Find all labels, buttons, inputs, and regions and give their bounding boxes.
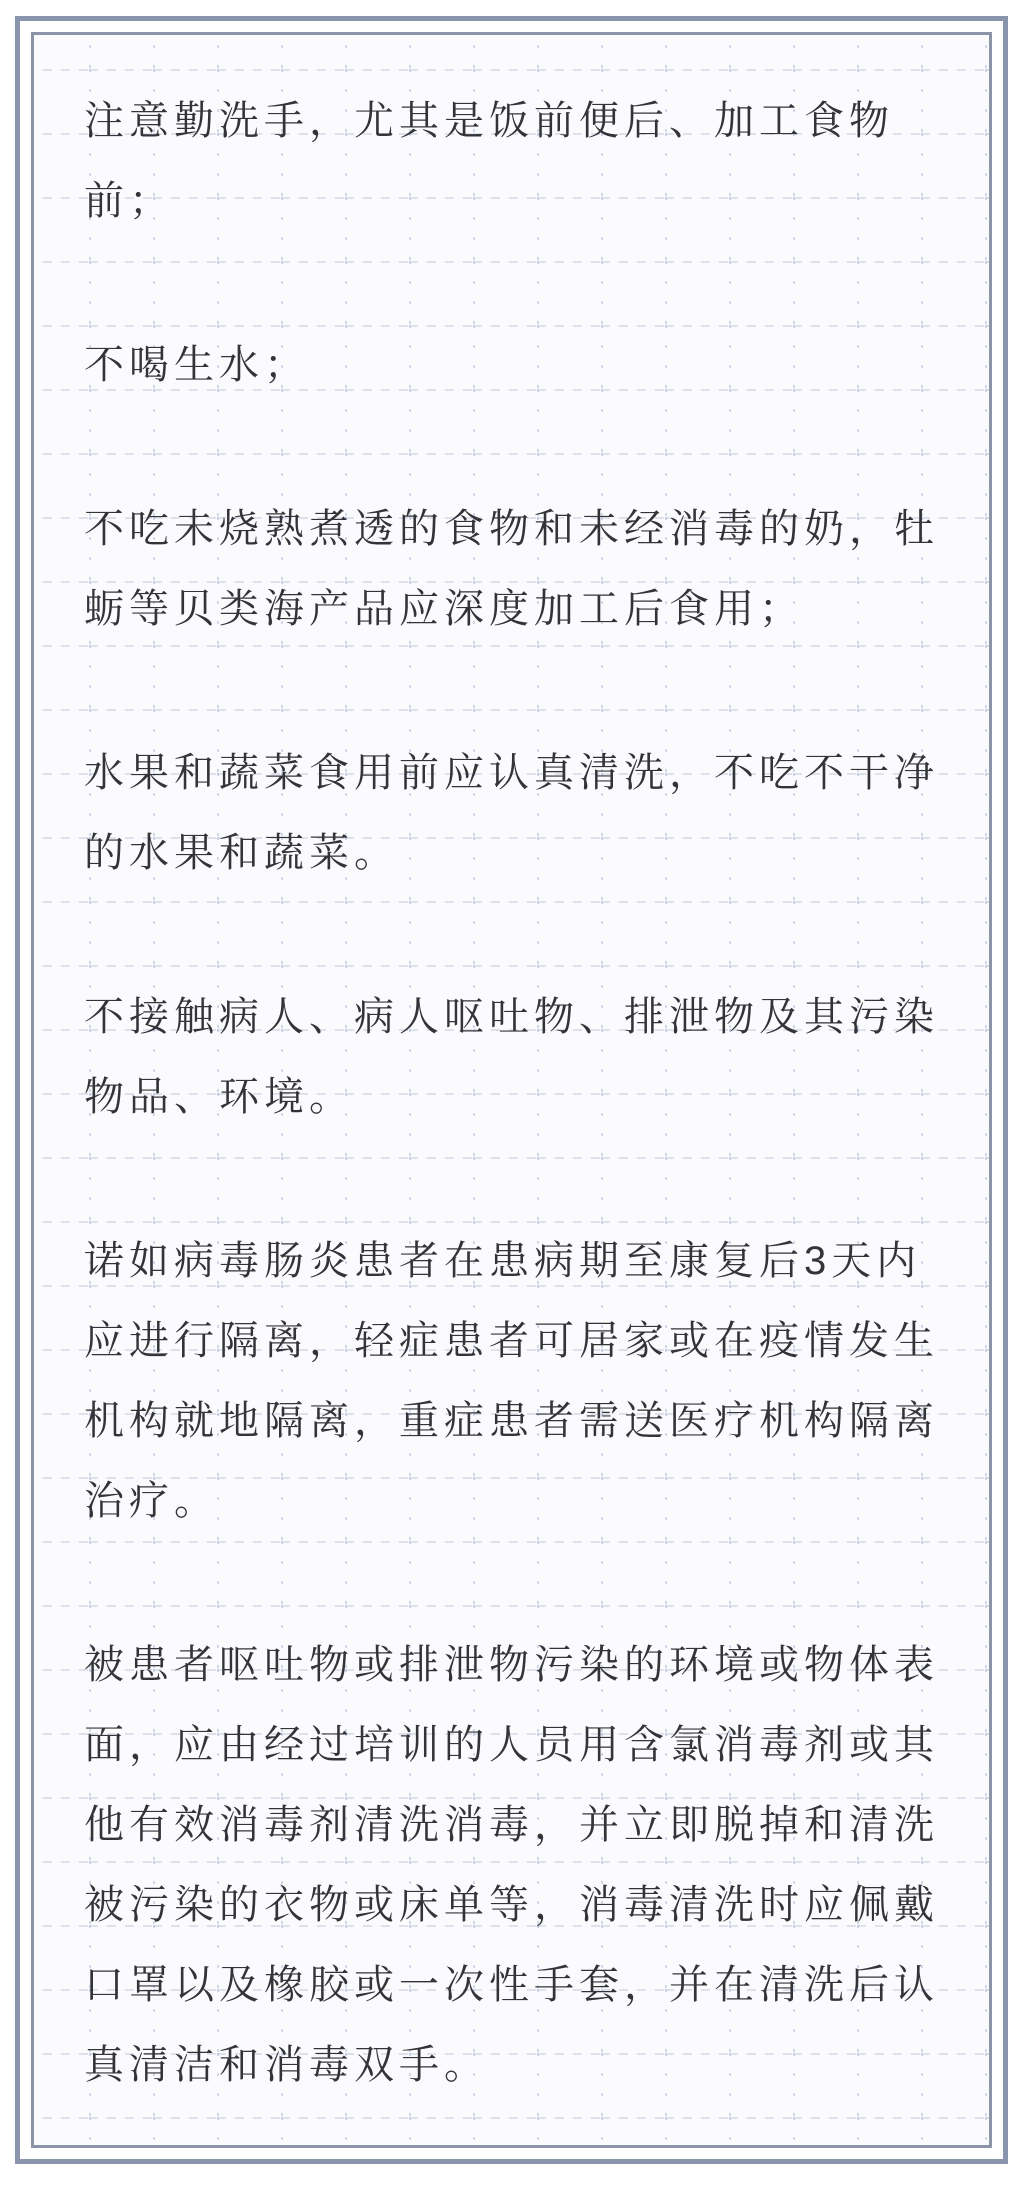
text-line: 被患者呕吐物或排泄物污染的环境或物体表 — [84, 1625, 955, 1705]
text-line: 面，应由经过培训的人员用含氯消毒剂或其 — [84, 1705, 955, 1785]
text-line: 蛎等贝类海产品应深度加工后食用； — [84, 569, 955, 649]
paragraph: 不吃未烧熟煮透的食物和未经消毒的奶，牡蛎等贝类海产品应深度加工后食用； — [84, 489, 955, 649]
text-line: 他有效消毒剂清洗消毒，并立即脱掉和清洗 — [84, 1785, 955, 1865]
text-line: 注意勤洗手，尤其是饭前便后、加工食物 — [84, 81, 955, 161]
outer-frame: 注意勤洗手，尤其是饭前便后、加工食物前；不喝生水；不吃未烧熟煮透的食物和未经消毒… — [15, 16, 1008, 2164]
text-line: 机构就地隔离，重症患者需送医疗机构隔离 — [84, 1381, 955, 1461]
text-line: 不喝生水； — [84, 325, 955, 405]
text-line: 物品、环境。 — [84, 1057, 955, 1137]
inner-frame: 注意勤洗手，尤其是饭前便后、加工食物前；不喝生水；不吃未烧熟煮透的食物和未经消毒… — [31, 32, 992, 2148]
text-line: 口罩以及橡胶或一次性手套，并在清洗后认 — [84, 1945, 955, 2025]
paragraph: 不喝生水； — [84, 325, 955, 405]
paragraph: 注意勤洗手，尤其是饭前便后、加工食物前； — [84, 81, 955, 241]
text-line: 诺如病毒肠炎患者在患病期至康复后3天内 — [84, 1221, 955, 1301]
text-line: 真清洁和消毒双手。 — [84, 2025, 955, 2105]
text-line: 不接触病人、病人呕吐物、排泄物及其污染 — [84, 977, 955, 1057]
paragraph: 被患者呕吐物或排泄物污染的环境或物体表面，应由经过培训的人员用含氯消毒剂或其他有… — [84, 1625, 955, 2105]
text-line: 被污染的衣物或床单等，消毒清洗时应佩戴 — [84, 1865, 955, 1945]
paragraph: 诺如病毒肠炎患者在患病期至康复后3天内应进行隔离，轻症患者可居家或在疫情发生机构… — [84, 1221, 955, 1541]
text-line: 的水果和蔬菜。 — [84, 813, 955, 893]
text-line: 前； — [84, 161, 955, 241]
text-line: 水果和蔬菜食用前应认真清洗，不吃不干净 — [84, 733, 955, 813]
text-line: 应进行隔离，轻症患者可居家或在疫情发生 — [84, 1301, 955, 1381]
text-line: 治疗。 — [84, 1461, 955, 1541]
article-text: 注意勤洗手，尤其是饭前便后、加工食物前；不喝生水；不吃未烧熟煮透的食物和未经消毒… — [34, 35, 989, 2145]
paragraph: 不接触病人、病人呕吐物、排泄物及其污染物品、环境。 — [84, 977, 955, 1137]
text-line: 不吃未烧熟煮透的食物和未经消毒的奶，牡 — [84, 489, 955, 569]
paragraph: 水果和蔬菜食用前应认真清洗，不吃不干净的水果和蔬菜。 — [84, 733, 955, 893]
